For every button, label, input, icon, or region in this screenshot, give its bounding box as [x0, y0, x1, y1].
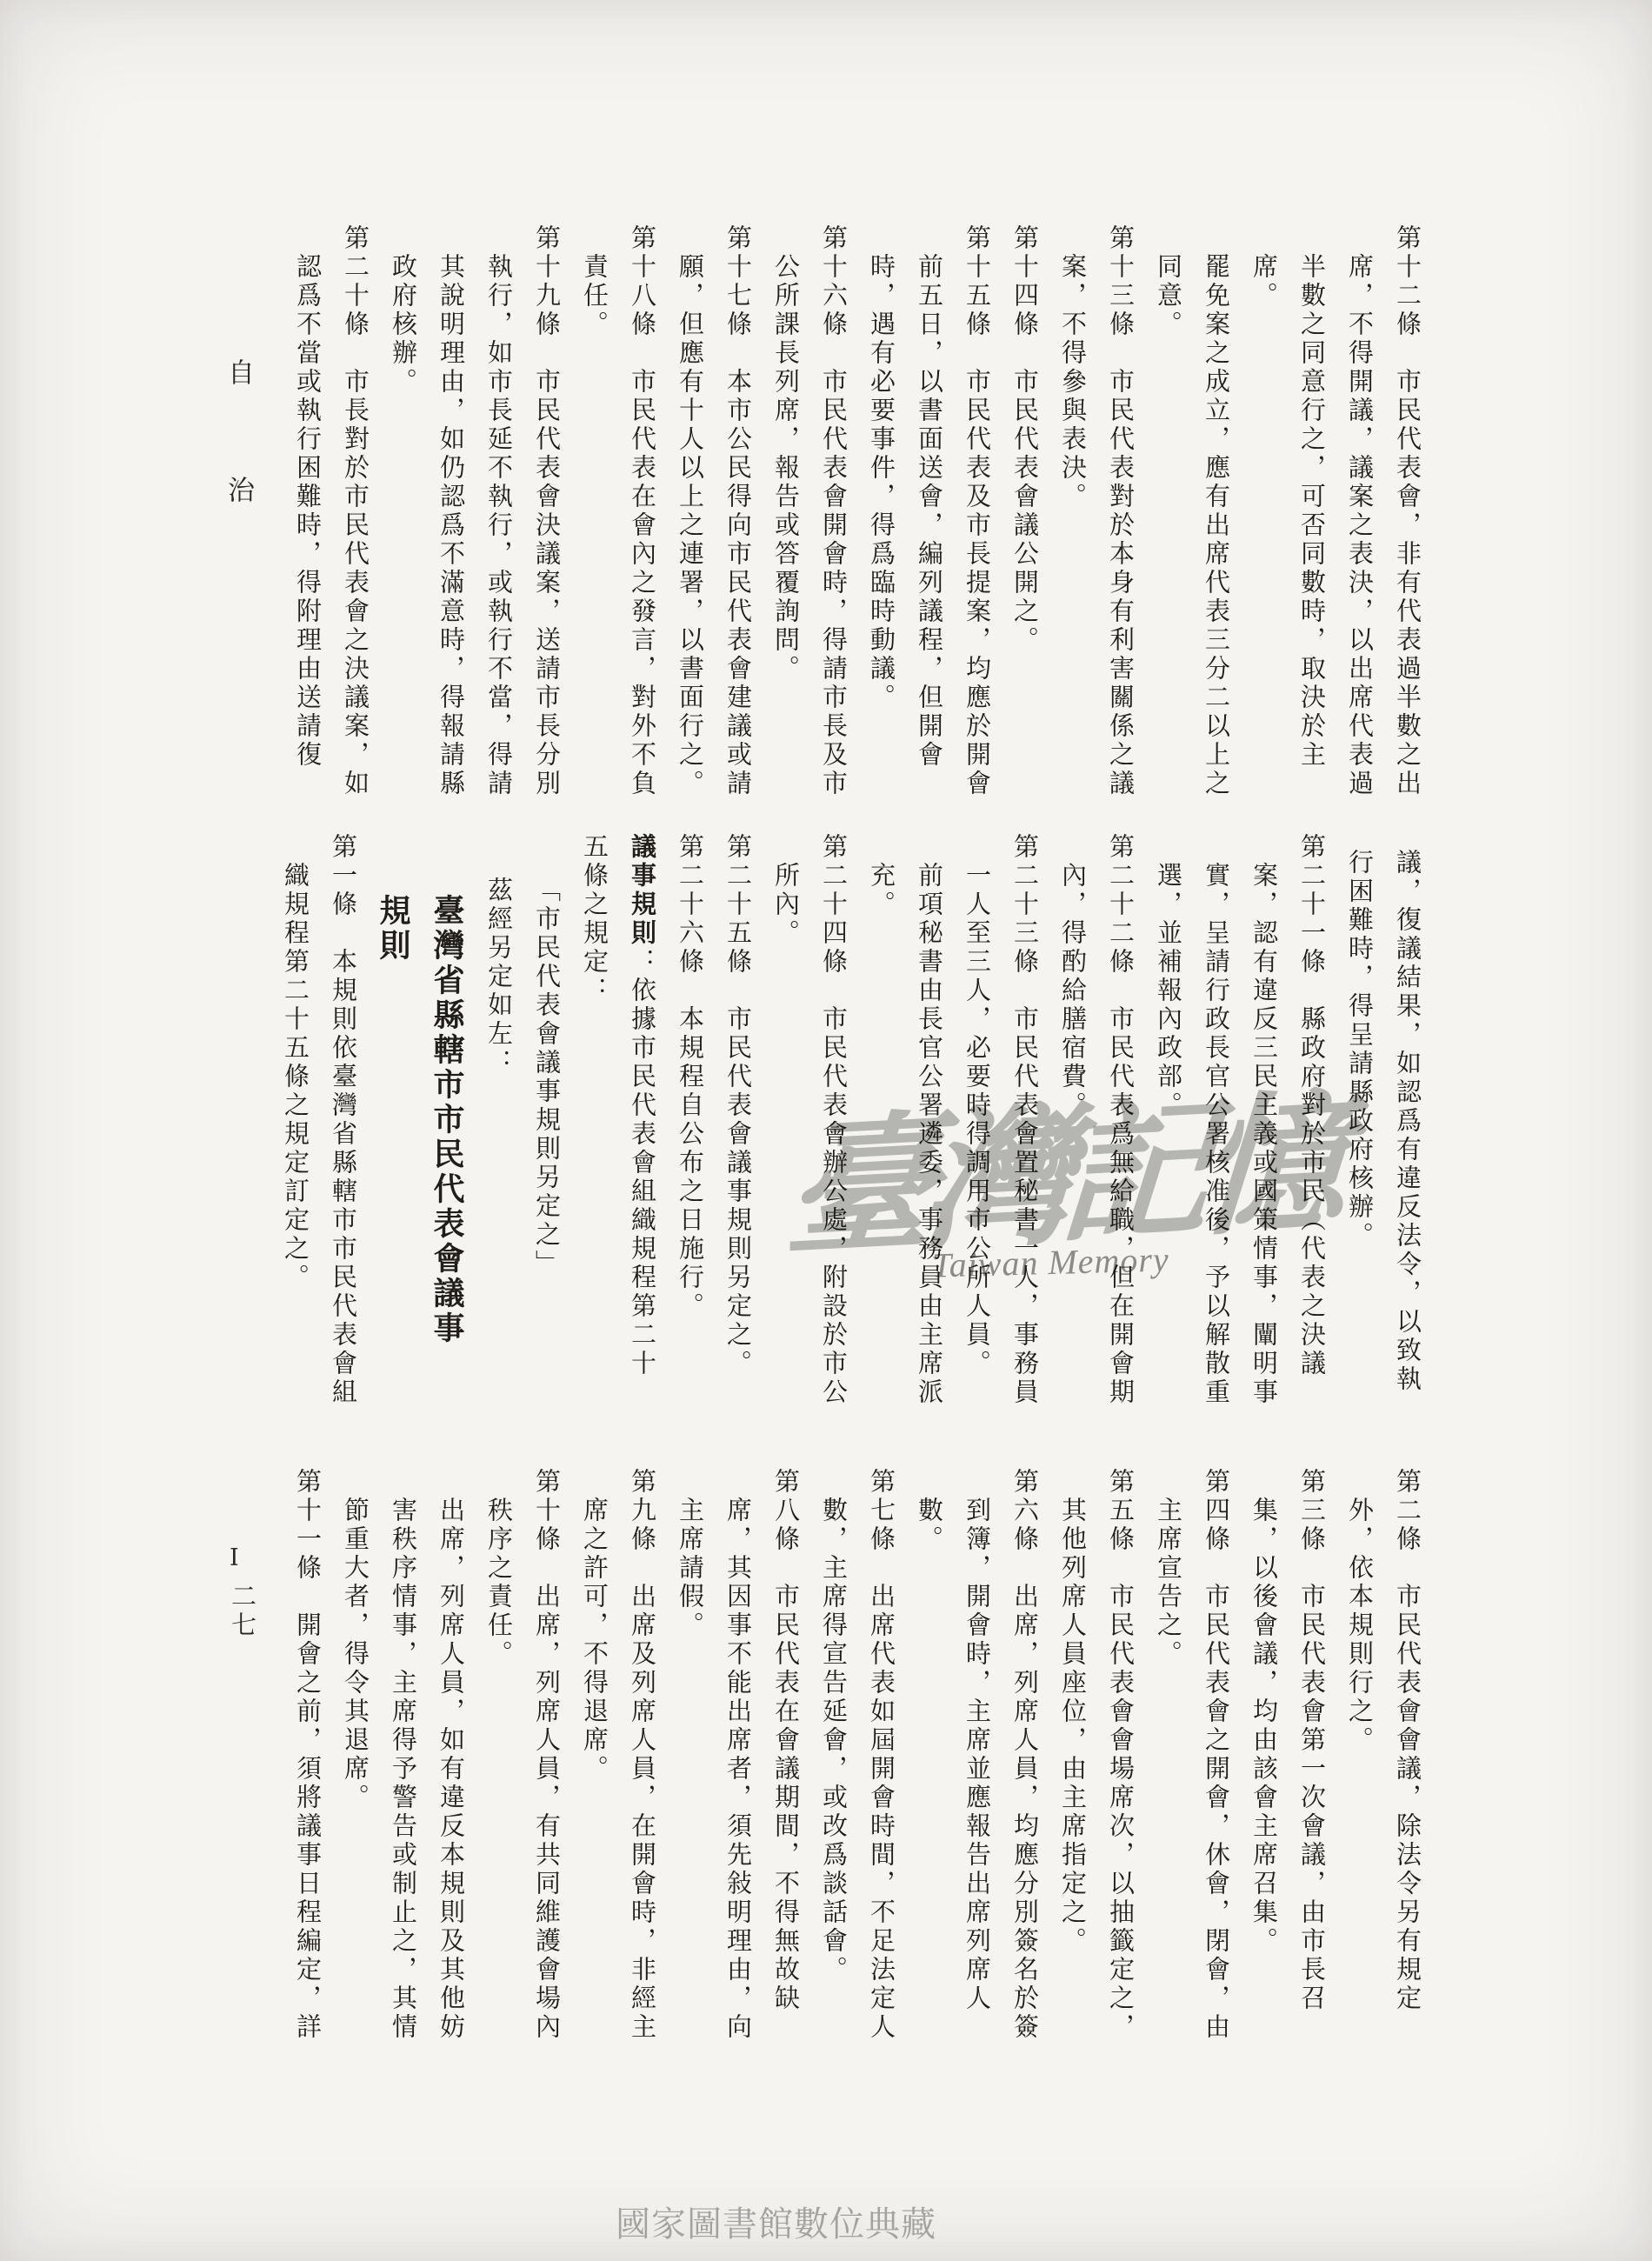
article-20-continuation: 議，復議結果，如認爲有違反法令，以致執行困難時，得呈請縣政府核辦。 — [1335, 833, 1430, 1414]
footer-digital-archive-label: 國家圖書館數位典藏 — [616, 2197, 936, 2246]
text-band-bottom: 第二條 市民代表會會議，除法令另有規定外，依本規則行之。第三條 市民代表會第一次… — [283, 1468, 1430, 2049]
rules-conclusion-line: 茲經另定如左： — [474, 833, 522, 1414]
article-paragraph: 第十條 出席，列席人員，有共同維護會場內秩序之責任。 — [474, 1468, 570, 2049]
article-paragraph: 第二十四條 市民代表會辦公處，附設於市公所內。 — [761, 833, 856, 1414]
article-paragraph: 第十八條 市民代表在會內之發言，對外不負責任。 — [570, 224, 665, 805]
rules-title-line-2: 規則 — [376, 894, 410, 964]
article-paragraph: 第六條 出席，列席人員，均應分別簽名於簽到簿，開會時，主席並應報告出席列席人數。 — [904, 1468, 1048, 2049]
text-band-top: 第十二條 市民代表會，非有代表過半數之出席，不得開議，議案之表決，以出席代表過半… — [283, 224, 1430, 805]
page-number-roman: Ⅰ — [230, 1544, 260, 1571]
article-subparagraph: 罷免案之成立，應有出席代表三分二以上之同意。 — [1143, 224, 1239, 805]
article-paragraph: 第二十三條 市民代表會置秘書一人，事務員一人至三人，必要時得調用市公所人員。 — [952, 833, 1048, 1414]
article-subparagraph: 前項秘書由長官公署遴委，事務員由主席派充。 — [856, 833, 952, 1414]
rules-title: 臺灣省縣轄市市民代表會議事規則 — [366, 833, 474, 1414]
article-paragraph: 第二十二條 市民代表爲無給職，但在開會期內，得酌給膳宿費。 — [1048, 833, 1143, 1414]
article-paragraph: 第二十一條 縣政府對於市民（代表之決議案，認有違反三民主義或國策情事，闡明事實，… — [1143, 833, 1335, 1414]
article-paragraph: 第十五條 市民代表及市長提案，均應於開會前五日，以書面送會，編列議程，但開會時，… — [856, 224, 1000, 805]
article-paragraph: 第八條 市民代表在會議期間，不得無故缺席，其因事不能出席者，須先敍明理由，向主席… — [665, 1468, 809, 2049]
rules-title-line-1: 臺灣省縣轄市市民代表會議事 — [430, 894, 464, 1346]
article-paragraph: 第一條 本規則依臺灣省縣轄市市民代表會組織規程第二十五條之規定訂定之。 — [270, 833, 366, 1414]
rules-heading: 議事規則：依據市民代表會組織規程第二十五條之規定： — [570, 833, 665, 1414]
rules-heading-lead: 議事規則 — [628, 833, 656, 948]
article-paragraph: 第二十五條 市民代表會議事規則另定之。 — [713, 833, 761, 1414]
article-subparagraph: 出席，列席人員，如有違反本規則及其他妨害秩序情事，主席得予警告或制止之，其情節重… — [330, 1468, 474, 2049]
article-paragraph: 第二十六條 本規程自公布之日施行。 — [665, 833, 713, 1414]
text-band-middle: 議，復議結果，如認爲有違反法令，以致執行困難時，得呈請縣政府核辦。 第二十一條 … — [283, 833, 1430, 1414]
article-paragraph: 第二條 市民代表會會議，除法令另有規定外，依本規則行之。 — [1335, 1468, 1430, 2049]
article-paragraph: 第七條 出席代表如屆開會時間，不足法定人數，主席得宣告延會，或改爲談話會。 — [809, 1468, 904, 2049]
article-paragraph: 第四條 市民代表會之開會，休會，閉會，由主席宣告之。 — [1143, 1468, 1239, 2049]
article-paragraph: 第三條 市民代表會第一次會議，由市長召集，以後會議，均由該會主席召集。 — [1239, 1468, 1335, 2049]
article-paragraph: 第九條 出席及列席人員，在開會時，非經主席之許可，不得退席。 — [570, 1468, 665, 2049]
rules-quote-line: 「市民代表會議事規則另定之」 — [522, 833, 570, 1414]
article-paragraph: 第十九條 市民代表會決議案，送請市長分別執行，如市長延不執行，或執行不當，得請其… — [378, 224, 570, 805]
article-paragraph: 第二十條 市長對於市民代表會之決議案，如認爲不當或執行困難時，得附理由送請復 — [283, 224, 378, 805]
article-paragraph: 第十一條 開會之前，須將議事日程編定，詳 — [283, 1468, 330, 2049]
article-paragraph: 第十三條 市民代表對於本身有利害關係之議案，不得參與表決。 — [1048, 224, 1143, 805]
margin-section-label: 自治 — [219, 358, 258, 593]
article-paragraph: 第十六條 市民代表會開會時，得請市長及市公所課長列席，報告或答覆詢問。 — [761, 224, 856, 805]
article-paragraph: 第十二條 市民代表會，非有代表過半數之出席，不得開議，議案之表決，以出席代表過半… — [1239, 224, 1430, 805]
article-paragraph: 第五條 市民代表會會場席次，以抽籤定之，其他列席人員座位，由主席指定之。 — [1048, 1468, 1143, 2049]
article-paragraph: 第十七條 本市公民得向市民代表會建議或請願，但應有十人以上之連署，以書面行之。 — [665, 224, 761, 805]
page-number-chinese: 二七 — [224, 1583, 260, 1640]
article-paragraph: 第十四條 市民代表會議公開之。 — [1000, 224, 1048, 805]
page-number: Ⅰ 二七 — [224, 1544, 260, 1640]
